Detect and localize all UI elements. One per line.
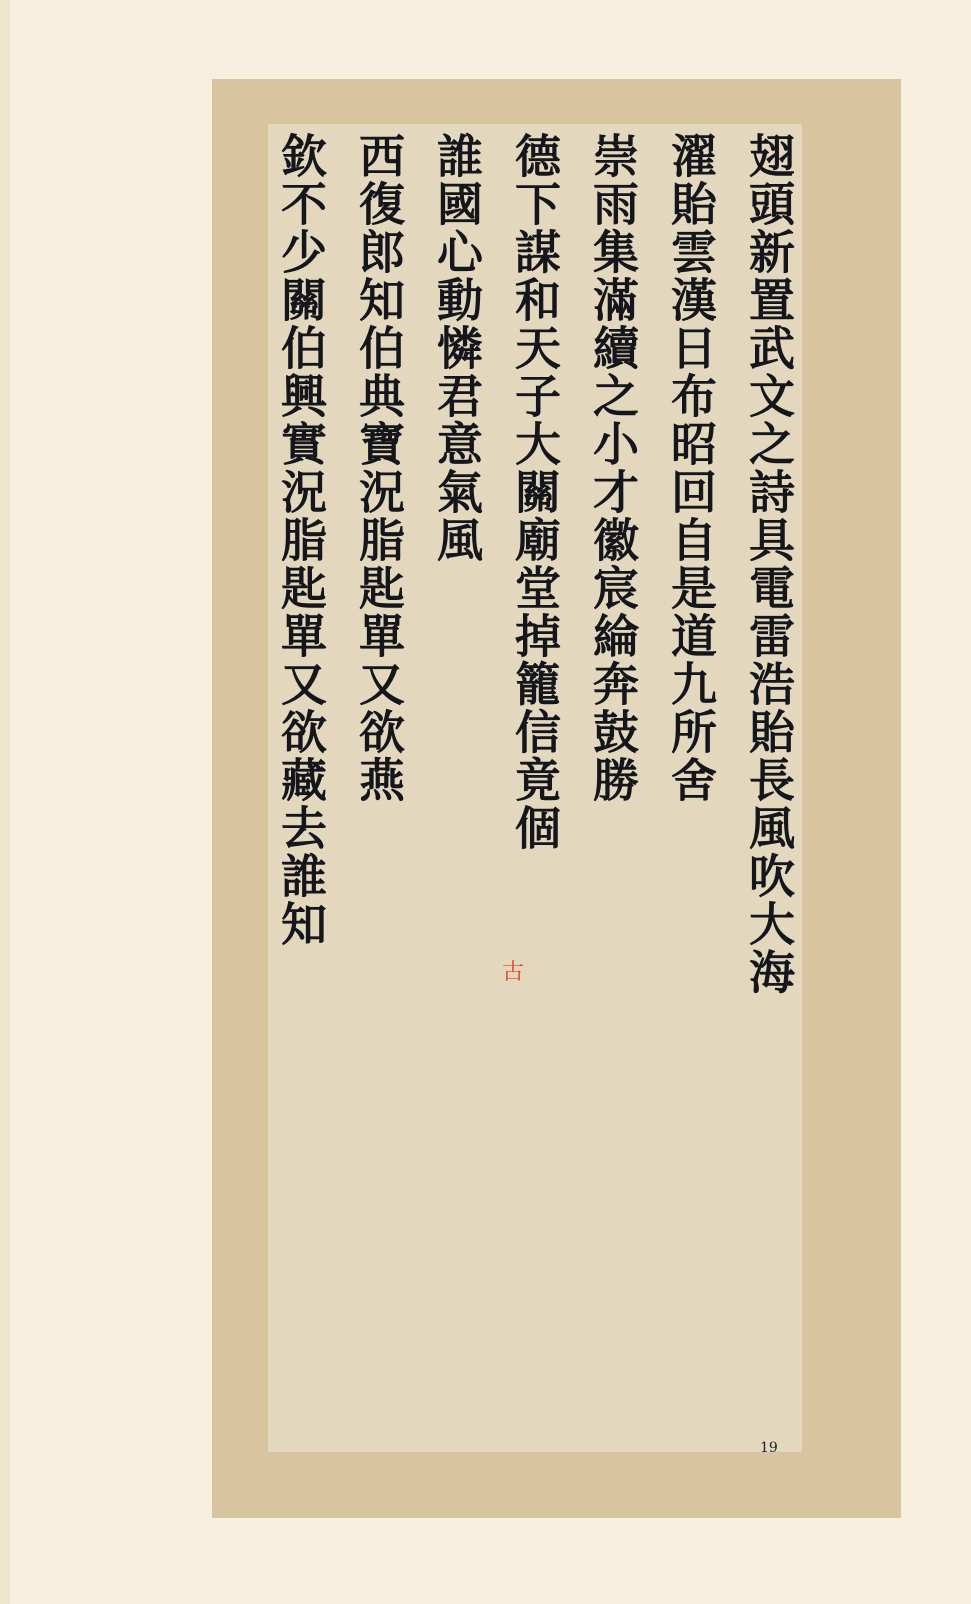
column-4: 德下謀和天子大關廟堂掉籠信竟個: [508, 132, 562, 1444]
column-6: 西復郎知伯典寶況脂匙單又欲燕: [352, 132, 406, 1444]
text-columns: 翅頭新置武文之詩具電雷浩貽長風吹大海 濯貽雲漢日布昭回自是道九所舍 崇雨集滿續之…: [268, 124, 802, 1452]
column-5: 誰國心動憐君意氣風: [430, 132, 484, 1444]
column-3: 崇雨集滿續之小才徽宸綸奔鼓勝: [586, 132, 640, 1444]
column-2: 濯貽雲漢日布昭回自是道九所舍: [664, 132, 718, 1444]
manuscript-sheet: 翅頭新置武文之詩具電雷浩貽長風吹大海 濯貽雲漢日布昭回自是道九所舍 崇雨集滿續之…: [268, 124, 802, 1452]
column-7: 欽不少關伯興實況脂匙單又欲藏去誰知: [274, 132, 328, 1444]
red-seal: 古: [502, 955, 524, 986]
page-mark: 19: [760, 1440, 778, 1456]
page-edge: [0, 0, 10, 1604]
column-1: 翅頭新置武文之詩具電雷浩貽長風吹大海: [742, 132, 796, 1444]
